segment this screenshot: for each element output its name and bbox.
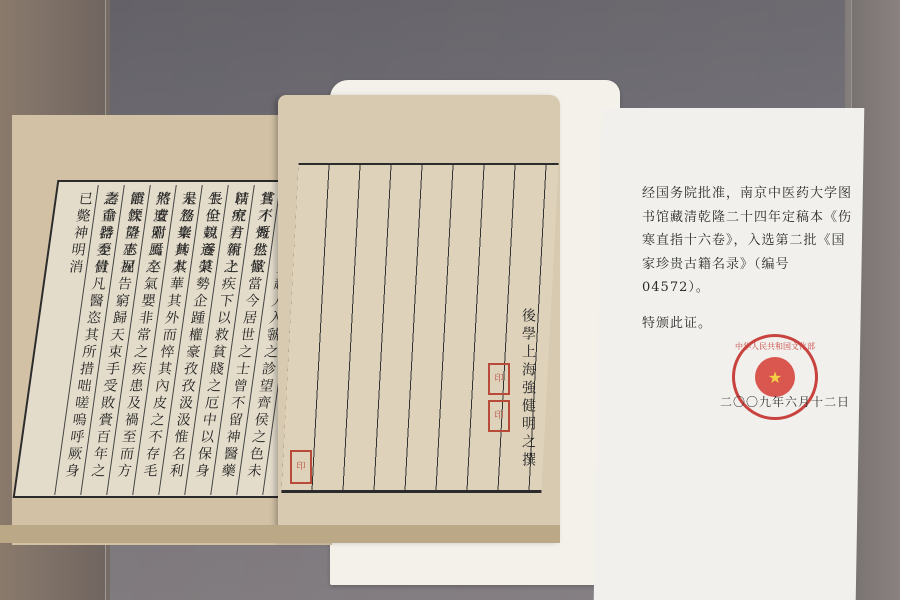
book-page-edges <box>0 525 560 543</box>
certificate-paragraph: 经国务院批准，南京中医药大学图书馆藏清乾隆二十四年定稿本《伤寒直指十六卷》，入选… <box>612 182 857 300</box>
certificate-text: 经国务院批准，南京中医药大学图书馆藏清乾隆二十四年定稿本《伤寒直指十六卷》，入选… <box>612 182 857 335</box>
certificate-closing: 特颁此证。 <box>612 312 857 336</box>
national-emblem-icon: ★ <box>755 357 795 397</box>
seal-arc-text: 中华人民共和国文化部 <box>735 341 815 352</box>
left-page-text: 傷寒卒病論集 論曰余每覽越人入虢之診望齊侯之色未嘗不慨然歎 其才秀也怪當今居世之… <box>10 185 310 495</box>
red-seal-stamp: 印 <box>488 400 510 432</box>
certificate-date: 二〇〇九年六月十二日 <box>720 393 850 410</box>
attribution-column: 後學上海強健明之撰 <box>518 308 538 470</box>
red-seal-stamp: 印 <box>290 450 312 484</box>
red-seal-stamp: 印 <box>488 363 510 395</box>
